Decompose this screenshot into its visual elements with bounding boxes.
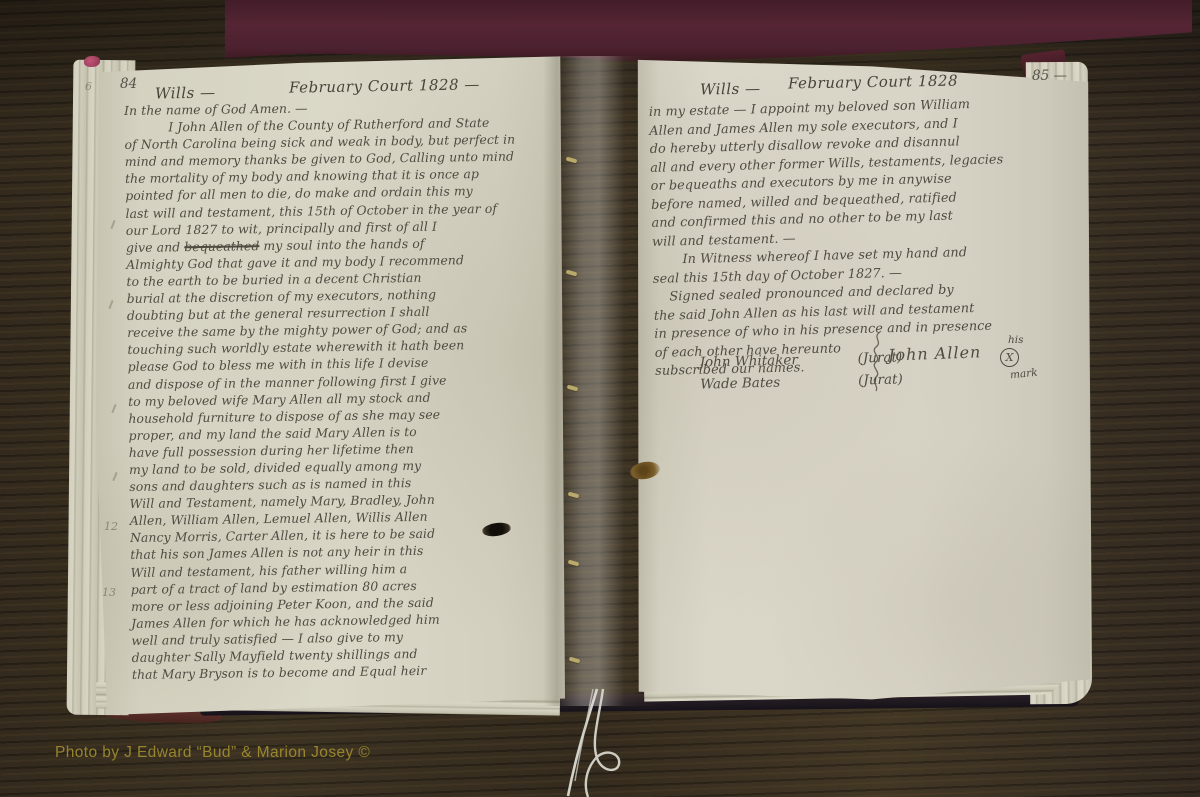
binding-stitch [569, 657, 581, 664]
will-text-segment: my soul into the hands of [259, 236, 424, 253]
right-page-will-text: in my estate — I appoint my beloved son … [649, 94, 1058, 381]
witness-name: John Whitaker [699, 351, 857, 371]
struck-out-word: bequeathed [184, 238, 259, 254]
signature-his-label: his [1008, 334, 1024, 346]
testator-signature: John Allen [888, 342, 982, 364]
margin-number: 12 [104, 520, 118, 533]
left-page-court-term: February Court 1828 — [289, 75, 480, 96]
binding-stitch [568, 492, 580, 499]
binding-stitch [566, 157, 578, 164]
photographer-watermark: Photo by J Edward “Bud” & Marion Josey © [55, 744, 370, 762]
cover-tassel [84, 56, 100, 67]
right-page-title: Wills — [700, 79, 761, 98]
will-text-segment: give and [126, 239, 185, 255]
left-page-title: Wills — [155, 83, 216, 102]
binding-stitch [566, 270, 578, 277]
binding-thread [535, 686, 665, 797]
binding-stitch [568, 560, 580, 567]
signature-brace-flourish [868, 330, 886, 392]
margin-number: 6 [85, 80, 92, 93]
photo-of-will-book: { "watermark": "Photo by J Edward “Bud” … [0, 0, 1200, 797]
right-page-court-term: February Court 1828 [788, 72, 958, 93]
right-page-number: 85 — [1032, 68, 1067, 84]
signature-mark-x: X [1000, 348, 1019, 367]
witness-name: Wade Bates [700, 373, 858, 393]
margin-number: 13 [102, 586, 116, 599]
left-page-number: 84 [120, 76, 137, 92]
left-page-will-text: In the name of God Amen. — I John Allen … [124, 96, 560, 683]
binding-stitch [567, 385, 579, 392]
